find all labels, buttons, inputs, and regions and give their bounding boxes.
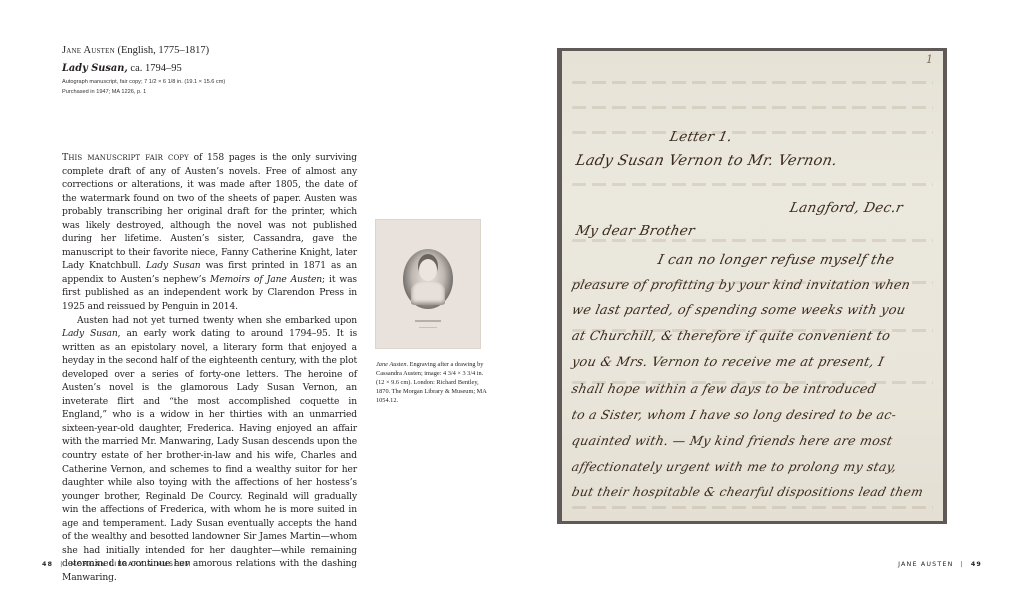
paragraph-2: Austen had not yet turned twenty when sh… bbox=[62, 315, 357, 586]
show-through-line bbox=[572, 81, 933, 84]
portrait-bodice bbox=[411, 281, 445, 305]
manuscript-line: My dear Brother bbox=[574, 223, 696, 239]
portrait-face bbox=[419, 259, 437, 281]
show-through-line bbox=[572, 183, 933, 186]
manuscript-line: Langford, Dec.r bbox=[788, 200, 904, 216]
page-number: 48 bbox=[42, 561, 53, 568]
show-through-line bbox=[572, 239, 933, 242]
italic-title: Memoirs of Jane Austen bbox=[210, 275, 322, 285]
manuscript-line: but their hospitable & chearful disposit… bbox=[571, 485, 925, 499]
show-through-line bbox=[572, 106, 933, 109]
figure-caption-title: Jane Austen bbox=[376, 361, 407, 368]
left-page: Jane Austen (English, 1775–1817) Lady Su… bbox=[0, 0, 512, 589]
manuscript-image: 1 Letter 1. Lady Susan Vernon to Mr. Ver… bbox=[557, 48, 947, 524]
text-run: , an early work dating to around 1794–95… bbox=[62, 329, 357, 583]
engraving-inscription bbox=[419, 327, 437, 328]
manuscript-line: at Churchill, & therefore if quite conve… bbox=[570, 329, 891, 344]
work-title-line: Lady Susan, ca. 1794–95 bbox=[62, 62, 362, 76]
work-title: Lady Susan, bbox=[62, 63, 128, 74]
lead-in: This manuscript fair copy bbox=[62, 152, 189, 163]
text-run: of 158 pages is the only surviving compl… bbox=[62, 153, 357, 271]
artist-line: Jane Austen (English, 1775–1817) bbox=[62, 44, 362, 58]
manuscript-page-mark: 1 bbox=[926, 53, 933, 66]
manuscript-line: you & Mrs. Vernon to receive me at prese… bbox=[570, 355, 885, 370]
running-head: JANE AUSTEN bbox=[898, 561, 953, 568]
folio-separator: | bbox=[961, 561, 964, 568]
manuscript-line: we last parted, of spending some weeks w… bbox=[570, 303, 906, 318]
page-number: 49 bbox=[971, 561, 982, 568]
show-through-line bbox=[572, 506, 933, 509]
figure-caption: Jane Austen. Engraving after a drawing b… bbox=[376, 360, 488, 405]
folio-separator: | bbox=[60, 561, 63, 568]
book-spread: Jane Austen (English, 1775–1817) Lady Su… bbox=[0, 0, 1024, 589]
show-through-line bbox=[572, 131, 933, 134]
artist-name: Jane Austen bbox=[62, 45, 115, 56]
artist-details: (English, 1775–1817) bbox=[117, 45, 209, 56]
manuscript-line: Lady Susan Vernon to Mr. Vernon. bbox=[574, 153, 839, 169]
engraving-inscription bbox=[415, 320, 441, 322]
manuscript-line: to a Sister, whom I have so long desired… bbox=[570, 407, 898, 422]
paragraph-1: This manuscript fair copy of 158 pages i… bbox=[62, 151, 357, 315]
object-caption-header: Jane Austen (English, 1775–1817) Lady Su… bbox=[62, 44, 362, 97]
italic-title: Lady Susan bbox=[146, 261, 201, 271]
work-medium: Autograph manuscript, fair copy; 7 1/2 ×… bbox=[62, 77, 362, 87]
essay-body: This manuscript fair copy of 158 pages i… bbox=[62, 151, 357, 586]
work-date: ca. 1794–95 bbox=[130, 63, 181, 74]
left-folio: 48|MORGAN LIBRARY & MUSEUM bbox=[42, 561, 192, 568]
manuscript-line: affectionately urgent with me to prolong… bbox=[570, 459, 898, 474]
manuscript-line: quainted with. — My kind friends here ar… bbox=[570, 433, 894, 448]
manuscript-line: shall hope within a few days to be intro… bbox=[570, 381, 877, 396]
manuscript-line: I can no longer refuse myself the bbox=[656, 252, 896, 268]
right-folio: JANE AUSTEN|49 bbox=[898, 561, 982, 568]
portrait-engraving-image bbox=[375, 219, 481, 349]
manuscript-line: Letter 1. bbox=[668, 129, 734, 145]
running-head: MORGAN LIBRARY & MUSEUM bbox=[71, 561, 192, 568]
manuscript-line: pleasure of profitting by your kind invi… bbox=[570, 277, 911, 292]
italic-title: Lady Susan bbox=[62, 329, 118, 339]
work-provenance: Purchased in 1947; MA 1226, p. 1 bbox=[62, 87, 362, 97]
manuscript-paper: 1 Letter 1. Lady Susan Vernon to Mr. Ver… bbox=[562, 51, 943, 521]
text-run: Austen had not yet turned twenty when sh… bbox=[77, 316, 357, 326]
